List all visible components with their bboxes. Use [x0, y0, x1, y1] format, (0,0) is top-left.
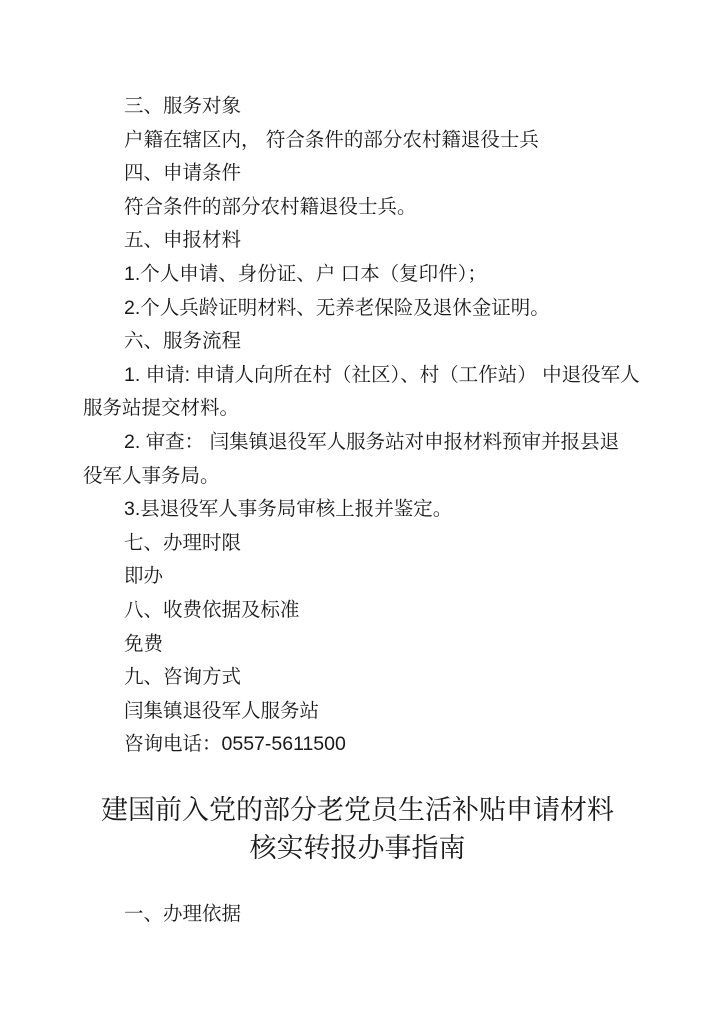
- document-title-line2: 核实转报办事指南: [0, 829, 715, 867]
- text-line: 八、收费依据及标准: [83, 594, 655, 628]
- text-line: 咨询电话：0557-5611500: [83, 728, 655, 762]
- document-page: 三、服务对象户籍在辖区内， 符合条件的部分农村籍退役士兵四、申请条件符合条件的部…: [0, 0, 715, 1011]
- text-line: 四、申请条件: [83, 157, 655, 191]
- text-line: 五、申报材料: [83, 224, 655, 258]
- guide-body-text: 三、服务对象户籍在辖区内， 符合条件的部分农村籍退役士兵四、申请条件符合条件的部…: [83, 90, 655, 762]
- text-line: 符合条件的部分农村籍退役士兵。: [83, 191, 655, 225]
- text-line: 3.县退役军人事务局审核上报并鉴定。: [83, 493, 655, 527]
- text-line: 九、咨询方式: [83, 661, 655, 695]
- text-line: 三、服务对象: [83, 90, 655, 124]
- text-line: 1.个人申请、身份证、户 口本（复印件）；: [83, 258, 655, 292]
- text-line: 役军人事务局。: [83, 460, 655, 494]
- text-line: 户籍在辖区内， 符合条件的部分农村籍退役士兵: [83, 124, 655, 158]
- text-line: 服务站提交材料。: [83, 392, 655, 426]
- document-title: 建国前入党的部分老党员生活补贴申请材料 核实转报办事指南: [0, 791, 715, 867]
- text-line: 2. 审查： 闫集镇退役军人服务站对申报材料预审并报县退: [83, 426, 655, 460]
- text-line: 七、办理时限: [83, 527, 655, 561]
- document-title-line1: 建国前入党的部分老党员生活补贴申请材料: [0, 791, 715, 829]
- section-heading-handling-basis: 一、办理依据: [83, 898, 655, 932]
- text-line: 即办: [83, 560, 655, 594]
- text-line: 1. 申请: 申请人向所在村（社区）、村（工作站） 中退役军人: [83, 359, 655, 393]
- text-line: 免费: [83, 628, 655, 662]
- text-line: 六、服务流程: [83, 325, 655, 359]
- text-line: 2.个人兵龄证明材料、无养老保险及退休金证明。: [83, 292, 655, 326]
- text-line: 闫集镇退役军人服务站: [83, 695, 655, 729]
